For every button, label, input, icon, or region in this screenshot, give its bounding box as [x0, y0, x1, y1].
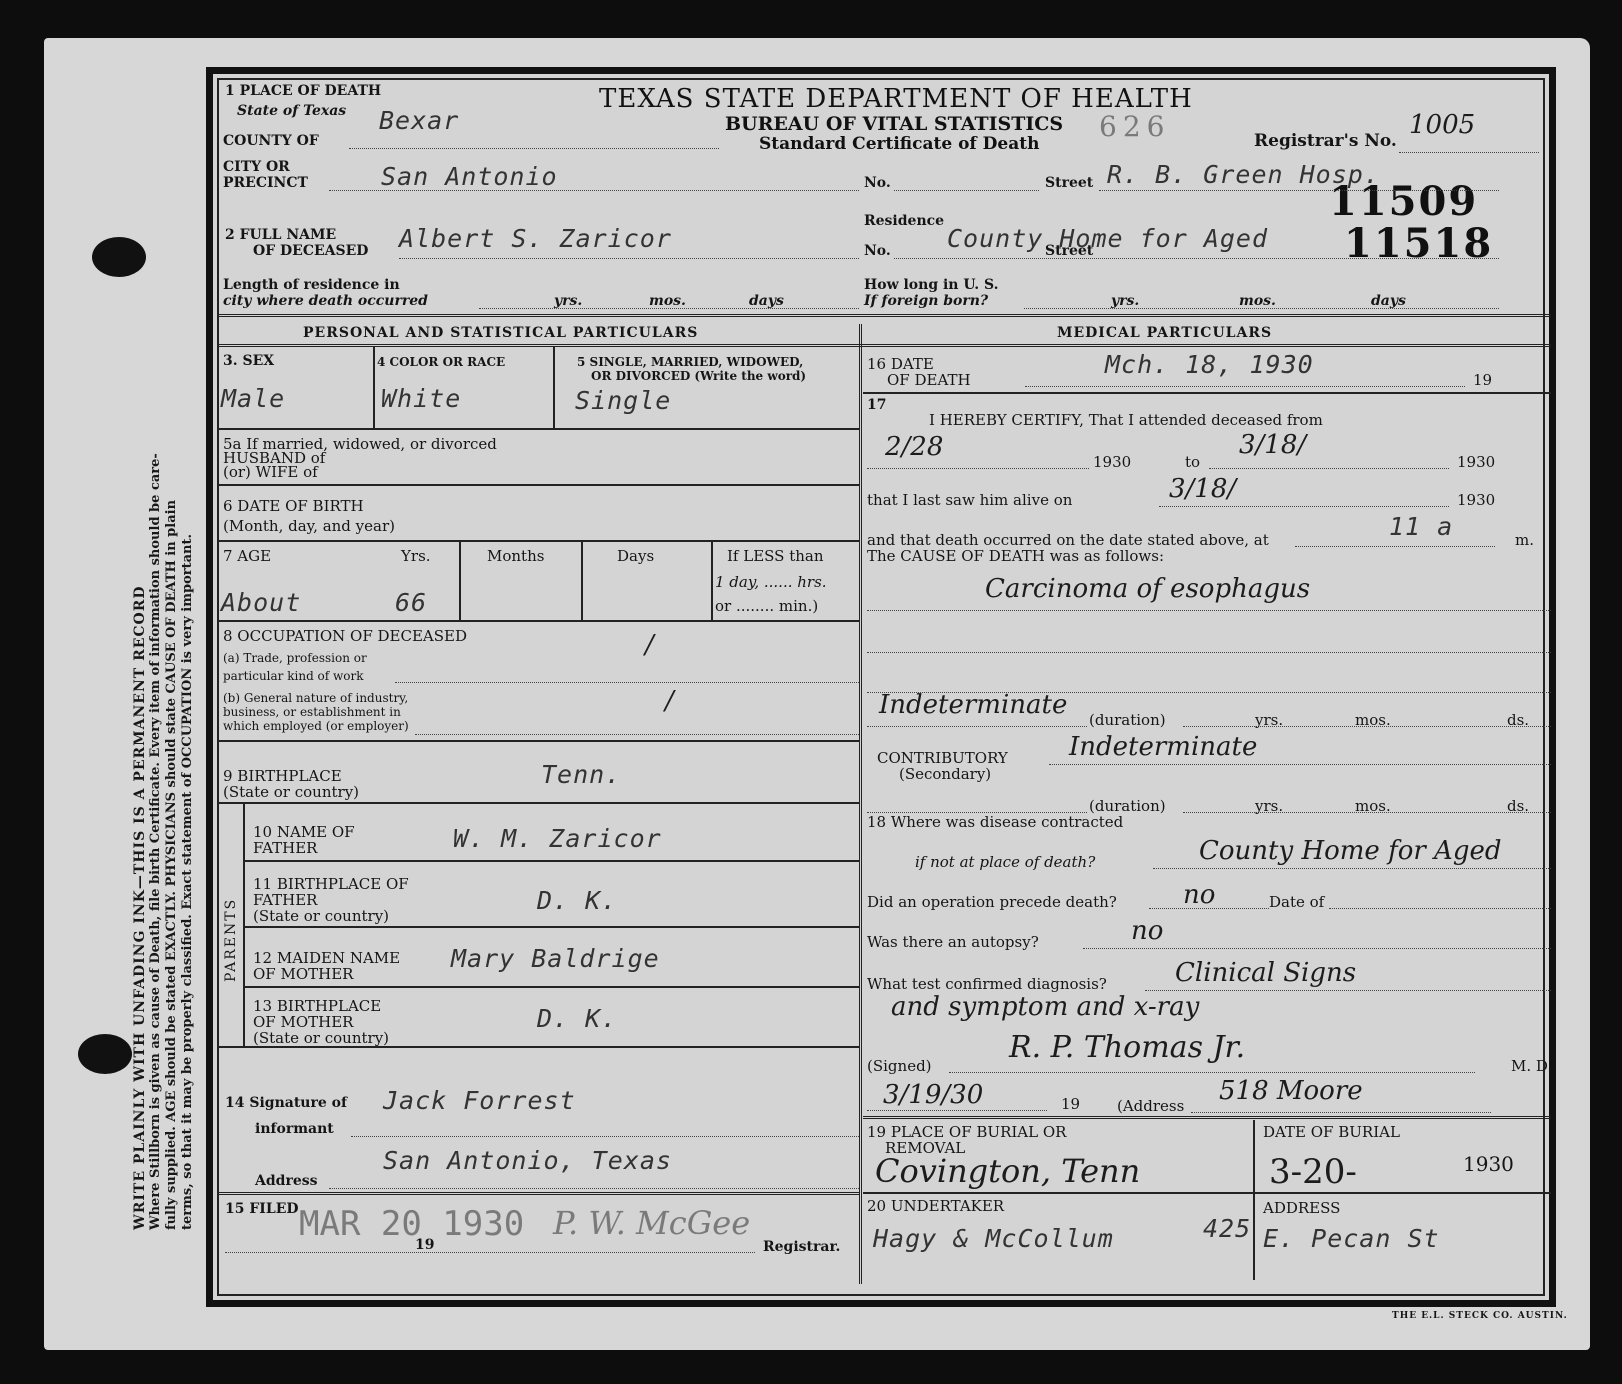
informant-label-2: informant — [255, 1122, 334, 1137]
operation-label: Did an operation precede death? — [867, 894, 1117, 911]
occ-b-label-1: (b) General nature of industry, — [223, 692, 408, 705]
age-less-label-2: 1 day, ...... hrs. — [715, 574, 827, 591]
occ-b-value: / — [665, 686, 674, 716]
last-saw-value: 3/18/ — [1169, 474, 1236, 504]
undertaker-address-label: ADDRESS — [1263, 1200, 1340, 1217]
us-label-2: If foreign born? — [864, 294, 988, 309]
us-label-1: How long in U. S. — [864, 278, 999, 293]
filed-year-prefix: 19 — [415, 1238, 434, 1253]
personal-section-title: PERSONAL AND STATISTICAL PARTICULARS — [303, 326, 698, 341]
physician-address-label: (Address — [1117, 1098, 1184, 1115]
full-name-label-1: 2 FULL NAME — [225, 228, 336, 243]
undertaker-address-number: 425 — [1203, 1214, 1251, 1243]
burial-date-label: DATE OF BURIAL — [1263, 1124, 1400, 1141]
test-label: What test confirmed diagnosis? — [867, 976, 1107, 993]
file-number: 626 — [1099, 110, 1170, 143]
duration-yrs-2: yrs. — [1255, 798, 1283, 815]
stamp-number-2: 11518 — [1344, 220, 1493, 267]
registrars-no: 1005 — [1409, 110, 1475, 140]
full-name-value: Albert S. Zaricor — [399, 224, 672, 253]
age-label: 7 AGE — [223, 548, 271, 565]
autopsy-value: no — [1131, 916, 1163, 946]
street-no-label: No. — [864, 176, 891, 191]
filed-date-stamp: MAR 20 1930 — [299, 1204, 524, 1244]
dob-label-2: (Month, day, and year) — [223, 518, 395, 535]
contributory-value: Indeterminate — [1069, 732, 1257, 762]
side-instruction-line2: Where Stillborn is given as cause of Dea… — [148, 80, 164, 1230]
county-value: Bexar — [379, 106, 459, 135]
county-label: COUNTY OF — [223, 134, 319, 149]
marital-label-1: 5 SINGLE, MARRIED, WIDOWED, — [577, 356, 803, 369]
contributory-label-2: (Secondary) — [899, 766, 991, 783]
race-value: White — [381, 384, 461, 413]
burial-place-value: Covington, Tenn — [875, 1152, 1140, 1190]
informant-address-label: Address — [255, 1174, 318, 1189]
signed-date-value: 3/19/30 — [883, 1080, 983, 1110]
father-name-value: W. M. Zaricor — [453, 824, 662, 853]
duration-mos-2: mos. — [1355, 798, 1391, 815]
attended-to-value: 3/18/ — [1239, 430, 1306, 460]
autopsy-label: Was there an autopsy? — [867, 934, 1039, 951]
city-label-1: CITY OR — [223, 160, 290, 175]
last-saw-year: 1930 — [1457, 492, 1495, 509]
md-label: M. D. — [1511, 1058, 1552, 1075]
undertaker-value: Hagy & McCollum — [873, 1224, 1114, 1253]
spouse-label-3: (or) WIFE of — [223, 464, 318, 481]
physician-signature: R. P. Thomas Jr. — [1009, 1030, 1245, 1065]
filed-label: 15 FILED — [225, 1202, 299, 1217]
father-label-2: FATHER — [253, 840, 317, 857]
cause-label: The CAUSE OF DEATH was as follows: — [867, 548, 1164, 565]
test-value-1: Clinical Signs — [1175, 958, 1356, 988]
duration-ds-2: ds. — [1507, 798, 1529, 815]
marital-value: Single — [575, 386, 671, 415]
undertaker-address-value: E. Pecan St — [1263, 1224, 1440, 1253]
duration-mos-1: mos. — [1355, 712, 1391, 729]
dod-label-2: OF DEATH — [887, 372, 971, 389]
occupation-label: 8 OCCUPATION OF DECEASED — [223, 628, 467, 645]
occ-a-value: / — [645, 630, 654, 660]
mother-birthplace-value: D. K. — [537, 1004, 617, 1033]
burial-year: 1930 — [1463, 1156, 1514, 1173]
test-value-2: and symptom and x-ray — [891, 992, 1199, 1022]
item17-label: 17 — [867, 398, 886, 413]
duration-label-1: (duration) — [1089, 712, 1166, 729]
age-yrs-label: Yrs. — [401, 548, 431, 565]
sex-value: Male — [221, 384, 285, 413]
registrar-label: Registrar. — [763, 1240, 840, 1255]
residence-label: Residence — [864, 214, 944, 229]
certificate-body: TEXAS STATE DEPARTMENT OF HEALTH BUREAU … — [217, 78, 1545, 1296]
age-less-label-1: If LESS than — [727, 548, 824, 565]
date-of-death-value: Mch. 18, 1930 — [1105, 350, 1314, 379]
attended-from-year: 1930 — [1093, 454, 1131, 471]
contracted-label-1: 18 Where was disease contracted — [867, 814, 1123, 831]
contracted-label-2: if not at place of death? — [915, 854, 1095, 871]
contracted-value: County Home for Aged — [1199, 836, 1502, 866]
informant-name-value: Jack Forrest — [383, 1086, 576, 1115]
occ-a-label-1: (a) Trade, profession or — [223, 652, 367, 665]
signed-year-prefix: 19 — [1061, 1096, 1080, 1113]
us-days: days — [1371, 294, 1406, 309]
attended-to-year: 1930 — [1457, 454, 1495, 471]
mother-maiden-name-value: Mary Baldrige — [451, 944, 660, 973]
length-label-2: city where death occurred — [223, 294, 428, 309]
registrar-signature: P. W. McGee — [553, 1204, 750, 1242]
marital-label-2: OR DIVORCED (Write the word) — [591, 370, 806, 383]
operation-value: no — [1183, 880, 1215, 910]
age-prefix: About — [221, 588, 301, 617]
residence-no-label: No. — [864, 244, 891, 259]
race-label: 4 COLOR OR RACE — [377, 356, 505, 369]
binder-hole-bottom — [78, 1034, 132, 1074]
city-label-2: PRECINCT — [223, 176, 308, 191]
registrars-no-label: Registrar's No. — [1254, 134, 1397, 149]
us-mos: mos. — [1239, 294, 1276, 309]
informant-label-1: 14 Signature of — [225, 1096, 347, 1111]
place-of-death-label: 1 PLACE OF DEATH — [225, 84, 381, 99]
death-time-value: 11 a — [1389, 512, 1453, 541]
street-label: Street — [1045, 176, 1093, 191]
duration-ds-1: ds. — [1507, 712, 1529, 729]
medical-section-title: MEDICAL PARTICULARS — [1057, 326, 1272, 341]
length-label-1: Length of residence in — [223, 278, 400, 293]
certify-text: I HEREBY CERTIFY, That I attended deceas… — [929, 412, 1323, 429]
to-label: to — [1185, 454, 1200, 471]
duration-yrs-1: yrs. — [1255, 712, 1283, 729]
certificate-frame: TEXAS STATE DEPARTMENT OF HEALTH BUREAU … — [206, 67, 1556, 1307]
cause-duration-value: Indeterminate — [879, 690, 1067, 720]
length-yrs: yrs. — [554, 294, 582, 309]
street-value: R. B. Green Hosp. — [1107, 160, 1380, 189]
occ-a-label-2: particular kind of work — [223, 670, 364, 683]
undertaker-label: 20 UNDERTAKER — [867, 1198, 1004, 1215]
informant-address-value: San Antonio, Texas — [383, 1146, 672, 1175]
dob-label-1: 6 DATE OF BIRTH — [223, 498, 364, 515]
age-years: 66 — [395, 588, 427, 617]
last-saw-label: that I last saw him alive on — [867, 492, 1072, 509]
occ-b-label-2: business, or establishment in — [223, 706, 401, 719]
cause-value: Carcinoma of esophagus — [985, 574, 1310, 604]
side-instruction-line3: fully supplied. AGE should be stated EXA… — [164, 80, 180, 1230]
length-mos: mos. — [649, 294, 686, 309]
side-instruction-line4: terms, so that it may be properly classi… — [180, 80, 196, 1230]
physician-address-value: 518 Moore — [1219, 1076, 1363, 1106]
father-birthplace-value: D. K. — [537, 886, 617, 915]
m-label: m. — [1515, 532, 1534, 549]
signed-label: (Signed) — [867, 1058, 932, 1075]
birthplace-label-2: (State or country) — [223, 784, 359, 801]
residence-value: County Home for Aged — [947, 224, 1268, 253]
state-label: State of Texas — [237, 104, 346, 119]
occ-b-label-3: which employed (or employer) — [223, 720, 409, 733]
sex-label: 3. SEX — [223, 354, 274, 369]
length-days: days — [749, 294, 784, 309]
mother-label-2: OF MOTHER — [253, 966, 353, 983]
birthplace-value: Tenn. — [541, 760, 621, 789]
burial-date-value: 3-20- — [1269, 1152, 1357, 1192]
age-less-label-3: or ........ min.) — [715, 598, 818, 615]
age-months-label: Months — [487, 548, 544, 565]
attended-from-value: 2/28 — [885, 432, 943, 462]
operation-date-label: Date of — [1269, 894, 1324, 911]
age-days-label: Days — [617, 548, 654, 565]
printer-imprint: THE E.L. STECK CO. AUSTIN. — [1392, 1310, 1568, 1323]
us-yrs: yrs. — [1111, 294, 1139, 309]
full-name-label-2: OF DECEASED — [253, 244, 368, 259]
city-value: San Antonio — [381, 162, 558, 191]
father-bp-label-3: (State or country) — [253, 908, 389, 925]
mother-bp-label-3: (State or country) — [253, 1030, 389, 1047]
form-subtitle: BUREAU OF VITAL STATISTICS — [725, 113, 1063, 135]
side-instruction-line1: WRITE PLAINLY WITH UNFADING INK—THIS IS … — [132, 80, 148, 1230]
form-name: Standard Certificate of Death — [759, 134, 1039, 154]
dod-year-prefix: 19 — [1473, 372, 1492, 389]
